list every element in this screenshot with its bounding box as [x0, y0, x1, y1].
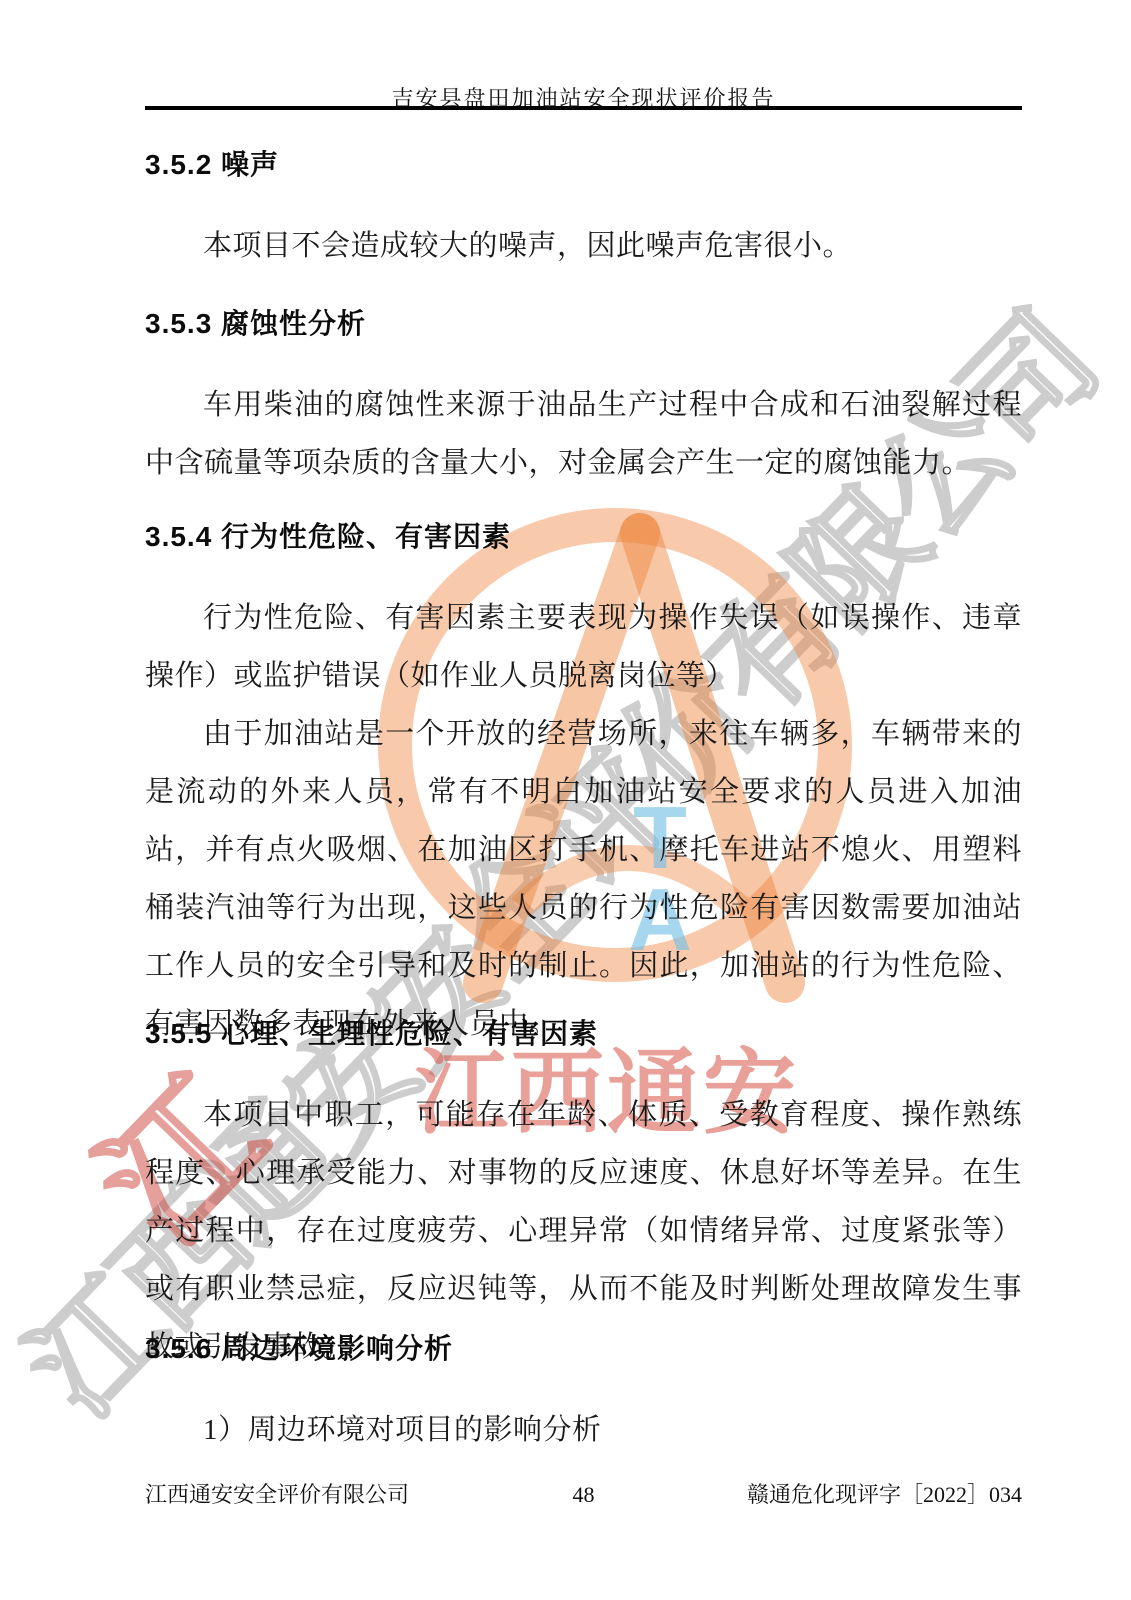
section-3.5.6: 3.5.6 周边环境影响分析1）周边环境对项目的影响分析 [145, 1332, 1022, 1459]
section-heading: 3.5.6 周边环境影响分析 [145, 1332, 1022, 1366]
page-footer: 江西通安安全评价有限公司 48 赣通危化现评字［2022］034 [145, 1481, 1022, 1509]
section-heading: 3.5.2 噪声 [145, 148, 1022, 182]
document-page: 江西通安安全评价有限公司 T A 江 江西通安 吉安县盘田加油站安全现状评价报告… [0, 0, 1131, 1600]
section-heading: 3.5.3 腐蚀性分析 [145, 307, 1022, 341]
body-paragraph: 由于加油站是一个开放的经营场所，来往车辆多，车辆带来的是流动的外来人员，常有不明… [145, 705, 1022, 1053]
section-3.5.4: 3.5.4 行为性危险、有害因素行为性危险、有害因素主要表现为操作失误（如误操作… [145, 520, 1022, 1053]
footer-company: 江西通安安全评价有限公司 [145, 1481, 573, 1509]
content-layer: 吉安县盘田加油站安全现状评价报告 3.5.2 噪声本项目不会造成较大的噪声，因此… [0, 0, 1131, 1600]
section-3.5.5: 3.5.5 心理、生理性危险、有害因素本项目中职工，可能存在年龄、体质、受教育程… [145, 1017, 1022, 1376]
body-paragraph: 行为性危险、有害因素主要表现为操作失误（如误操作、违章操作）或监护错误（如作业人… [145, 589, 1022, 705]
body-paragraph: 1）周边环境对项目的影响分析 [145, 1401, 1022, 1459]
section-3.5.2: 3.5.2 噪声本项目不会造成较大的噪声，因此噪声危害很小。 [145, 148, 1022, 275]
body-paragraph: 车用柴油的腐蚀性来源于油品生产过程中合成和石油裂解过程中含硫量等项杂质的含量大小… [145, 376, 1022, 492]
section-heading: 3.5.4 行为性危险、有害因素 [145, 520, 1022, 554]
section-heading: 3.5.5 心理、生理性危险、有害因素 [145, 1017, 1022, 1051]
header-rule [145, 106, 1022, 110]
section-3.5.3: 3.5.3 腐蚀性分析车用柴油的腐蚀性来源于油品生产过程中合成和石油裂解过程中含… [145, 307, 1022, 492]
footer-page-number: 48 [573, 1481, 595, 1509]
footer-doc-number: 赣通危化现评字［2022］034 [595, 1481, 1023, 1509]
body-paragraph: 本项目不会造成较大的噪声，因此噪声危害很小。 [145, 217, 1022, 275]
